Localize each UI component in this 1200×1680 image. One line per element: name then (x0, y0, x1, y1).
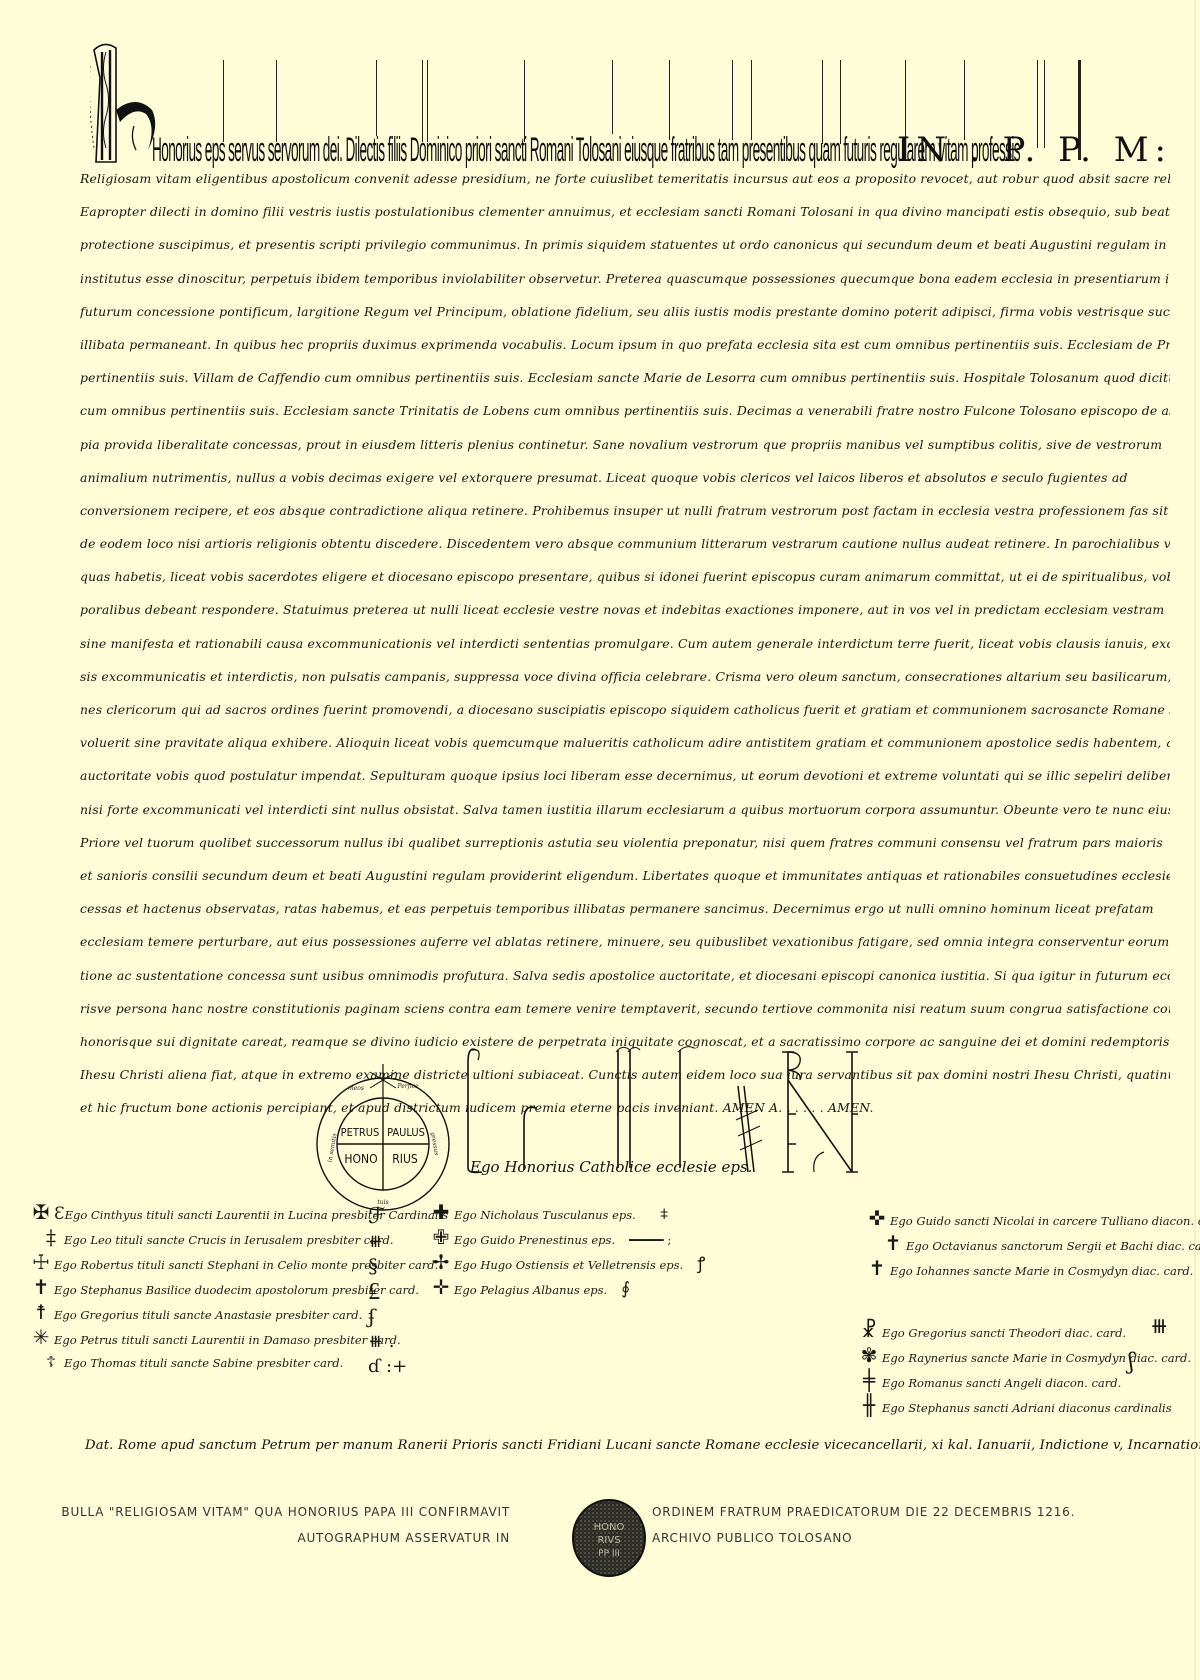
signum-cross-icon: ✳ (28, 1325, 54, 1350)
signature-row: ☧Ego Gregorius sancti Theodori diac. car… (856, 1318, 1191, 1343)
signature-row: ✝Ego Octavianus sanctorum Sergii et Bach… (864, 1231, 1200, 1256)
svg-text:Perfice: Perfice (396, 1083, 419, 1090)
body-line: Eapropter dilecti in domino filii vestri… (80, 195, 1170, 228)
signum-cross-icon: ✝ (880, 1231, 906, 1256)
document-page: Honorius eps servus servorum dei. Dilect… (0, 0, 1200, 1680)
signature-row: ✙Ego Guido Prenestinus eps.━━━━━ ; (428, 1225, 705, 1250)
body-line: tione ac sustentatione concessa sunt usi… (80, 959, 1170, 992)
signum-cross-icon: ╫ (856, 1393, 882, 1418)
signum-cross-icon: ‡ (38, 1225, 64, 1250)
body-line: poralibus debeant respondere. Statuimus … (80, 593, 1170, 626)
svg-text:meos: meos (348, 1085, 364, 1092)
notary-mark-icon: ʃ (1128, 1350, 1134, 1375)
notary-mark-icon: ⧻ (368, 1229, 407, 1254)
body-line: quas habetis, liceat vobis sacerdotes el… (80, 560, 1170, 593)
caption-archive-line: AUTOGRAPHUM ASSERVATUR IN (61, 1525, 510, 1551)
body-line: sis excommunicatis et interdictis, non p… (80, 660, 1170, 693)
papal-subscription: Ego Honorius Catholice ecclesie eps. (470, 1158, 752, 1176)
notary-mark-icon: § (368, 1254, 407, 1279)
signum-cross-icon: ✚ (428, 1200, 454, 1225)
signature-row: ✢Ego Hugo Ostiensis et Velletrensis eps.… (428, 1250, 705, 1275)
signum-cross-icon: ☧ (856, 1318, 882, 1343)
signum-cross-icon: ✜ (864, 1206, 890, 1231)
page-edge-seam (1194, 0, 1196, 1680)
body-line: pia provida liberalitate concessas, prou… (80, 428, 1170, 461)
signum-rosette-icon: ✾ (856, 1343, 882, 1368)
papal-rota-icon: PETRUS PAULUS HONO RIUS tuis in semitis … (308, 1064, 458, 1214)
caption-left: BULLA "RELIGIOSAM VITAM" QUA HONORIUS PA… (61, 1499, 510, 1551)
svg-text:PETRUS: PETRUS (341, 1126, 380, 1139)
svg-text:HONO: HONO (344, 1152, 377, 1166)
body-line: illibata permaneant. In quibus hec propr… (80, 328, 1170, 361)
signum-cross-icon: ☩ (28, 1250, 54, 1275)
signum-cross-icon: ✛ (428, 1275, 454, 1300)
svg-text:PP III: PP III (598, 1549, 620, 1559)
body-line: pertinentiis suis. Villam de Caffendio c… (80, 361, 1170, 394)
body-line: nisi forte excommunicati vel interdicti … (80, 793, 1170, 826)
body-line: futurum concessione pontificum, largitio… (80, 295, 1170, 328)
body-line: cum omnibus pertinentiis suis. Ecclesiam… (80, 394, 1170, 427)
caption-title-line: BULLA "RELIGIOSAM VITAM" QUA HONORIUS PA… (61, 1499, 510, 1525)
signum-cross-icon: ✝ (864, 1256, 890, 1281)
caption-subject-line: ORDINEM FRATRUM PRAEDICATORUM DIE 22 DEC… (652, 1499, 1075, 1525)
body-line: sine manifesta et rationabili causa exco… (80, 627, 1170, 660)
signum-cross-icon: ☦ (38, 1350, 64, 1375)
notary-mark-icon: ℱ (368, 1204, 407, 1229)
svg-text:RIUS: RIUS (392, 1152, 418, 1166)
signature-row: ✝Ego Iohannes sancte Marie in Cosmydyn d… (864, 1256, 1200, 1281)
notary-mark-icon: ₤ (368, 1279, 407, 1304)
document-body: Religiosam vitam eligentibus apostolicum… (80, 162, 1170, 1124)
signum-cross-icon: ╪ (856, 1368, 882, 1393)
signum-cross-icon: ✝ (28, 1275, 54, 1300)
signature-row: ✚Ego Nicholaus Tusculanus eps.⧧ (428, 1200, 705, 1225)
body-line: cessas et hactenus observatas, ratas hab… (80, 892, 1170, 925)
signatures-right-top: ✜Ego Guido sancti Nicolai in carcere Tul… (864, 1206, 1200, 1281)
signature-row: ✛Ego Pelagius Albanus eps.∮ (428, 1275, 705, 1300)
lead-seal-bulla-icon: HONO RIVS PP III (568, 1496, 650, 1580)
body-line: de eodem loco nisi artioris religionis o… (80, 527, 1170, 560)
body-line: protectione suscipimus, et presentis scr… (80, 228, 1170, 261)
signature-row: ╪Ego Romanus sancti Angeli diacon. card. (856, 1368, 1191, 1393)
elongated-intitulatio: Honorius eps servus servorum dei. Dilect… (90, 38, 1180, 168)
caption-right: ORDINEM FRATRUM PRAEDICATORUM DIE 22 DEC… (652, 1499, 1075, 1551)
signum-cross-icon: ☨ (28, 1300, 54, 1325)
body-line: Priore vel tuorum quolibet successorum n… (80, 826, 1170, 859)
signature-row: ╫Ego Stephanus sancti Adriani diaconus c… (856, 1393, 1191, 1418)
caption-archive-name: ARCHIVO PUBLICO TOLOSANO (652, 1525, 1075, 1551)
dating-clause: Dat. Rome apud sanctum Petrum per manum … (85, 1438, 1170, 1453)
body-line: institutus esse dinoscitur, perpetuis ib… (80, 262, 1170, 295)
body-line: nes clericorum qui ad sacros ordines fue… (80, 693, 1170, 726)
body-line: ecclesiam temere perturbare, aut eius po… (80, 925, 1170, 958)
notary-mark-icon: ⧻ . (368, 1329, 407, 1354)
notary-marks: ℱ ⧻ § ₤ ʄ ⧻ . ɗ :+ (368, 1204, 407, 1379)
signum-cross-icon: ✙ (428, 1225, 454, 1250)
signum-cross-icon: ✢ (428, 1250, 454, 1275)
body-line: conversionem recipere, et eos absque con… (80, 494, 1170, 527)
signatures-middle: ✚Ego Nicholaus Tusculanus eps.⧧ ✙Ego Gui… (428, 1200, 705, 1300)
notary-mark-icon: ɗ :+ (368, 1354, 407, 1379)
signum-cross-icon: ✠ (28, 1200, 54, 1225)
notary-mark-icon: ⧻ (1150, 1314, 1168, 1339)
svg-text:PAULUS: PAULUS (387, 1126, 425, 1139)
body-line: Religiosam vitam eligentibus apostolicum… (80, 162, 1170, 195)
body-line: et sanioris consilii secundum deum et be… (80, 859, 1170, 892)
body-line: animalium nutrimentis, nullus a vobis de… (80, 461, 1170, 494)
notary-mark-icon: ʄ (368, 1304, 407, 1329)
svg-text:HONO: HONO (594, 1522, 625, 1533)
body-line: voluerit sine pravitate aliqua exhibere.… (80, 726, 1170, 759)
signature-row: ✾Ego Raynerius sancte Marie in Cosmydyn … (856, 1343, 1191, 1368)
svg-text:RIVS: RIVS (597, 1535, 620, 1546)
body-line: risve persona hanc nostre constitutionis… (80, 992, 1170, 1025)
signature-row: ✜Ego Guido sancti Nicolai in carcere Tul… (864, 1206, 1200, 1231)
body-line: auctoritate vobis quod postulatur impend… (80, 759, 1170, 792)
signatures-right-bottom: ☧Ego Gregorius sancti Theodori diac. car… (856, 1318, 1191, 1418)
